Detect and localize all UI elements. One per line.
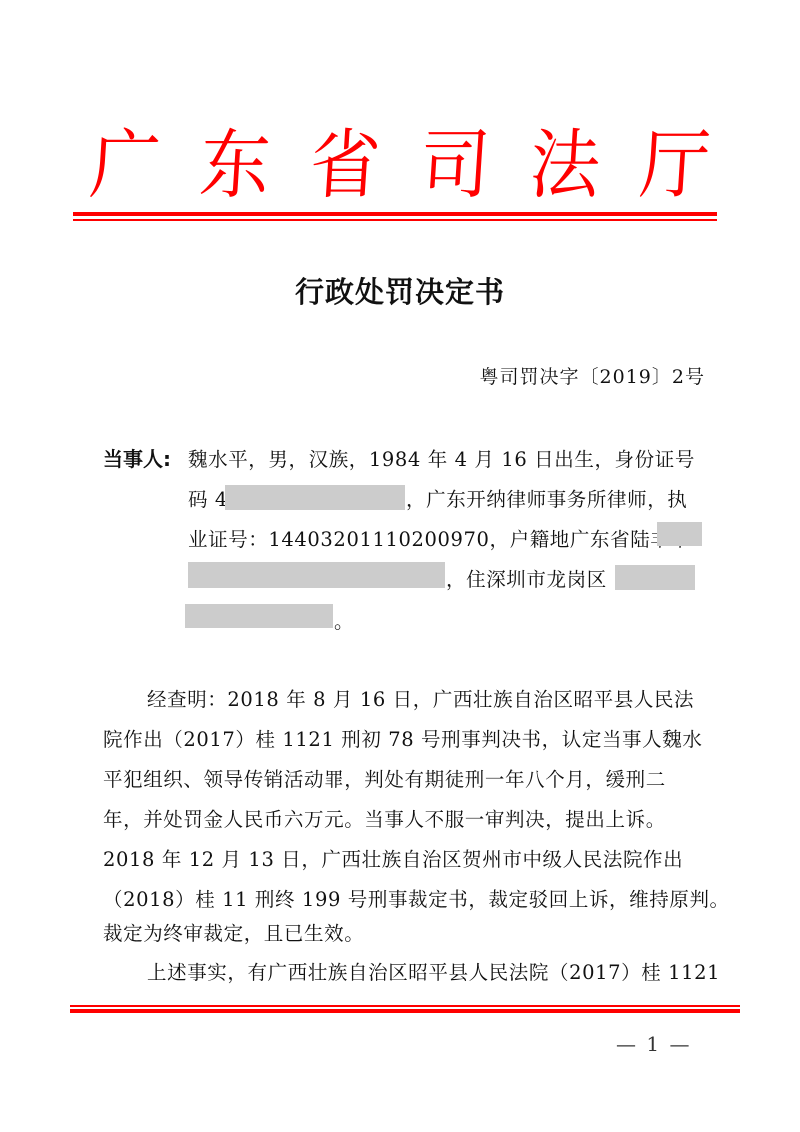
footer-red-rule-thin (70, 1005, 740, 1007)
party-line-2-start: 码 4 (188, 484, 228, 512)
redaction-box (225, 485, 405, 510)
party-line-3: 业证号：14403201110200970，户籍地广东省陆丰市 (188, 524, 691, 552)
masthead-char: 省 (307, 122, 383, 208)
party-line-2-end: ，广东开纳律师事务所律师，执 (406, 484, 687, 512)
redaction-box (185, 604, 333, 628)
facts-line-3: 平犯组织、领导传销活动罪，判处有期徒刑一年八个月，缓刑二 (103, 764, 666, 792)
header-red-rule-thin (73, 219, 717, 221)
facts-line-2: 院作出（2017）桂 1121 刑初 78 号刑事判决书，认定当事人魏水 (103, 724, 702, 752)
redaction-box (188, 562, 445, 588)
masthead-char: 广 (87, 122, 163, 208)
document-title: 行政处罚决定书 (0, 270, 800, 311)
document-number: 粤司罚决字〔2019〕2号 (480, 362, 705, 389)
masthead-char: 东 (197, 122, 273, 208)
masthead-char: 厅 (637, 122, 713, 208)
party-line-5: 。 (334, 606, 354, 634)
redaction-box (615, 565, 695, 590)
facts-line-7: 裁定为终审裁定，且已生效。 (103, 918, 364, 946)
facts-line-8: 上述事实，有广西壮族自治区昭平县人民法院（2017）桂 1121 (147, 957, 720, 985)
party-line-4: ，住深圳市龙岗区 (446, 564, 607, 592)
footer-red-rule-thick (70, 1009, 740, 1013)
masthead-char: 司 (417, 122, 493, 208)
party-label: 当事人: (103, 443, 171, 472)
party-line-1: 魏水平，男，汉族，1984 年 4 月 16 日出生，身份证号 (188, 444, 695, 472)
facts-line-1: 经查明：2018 年 8 月 16 日，广西壮族自治区昭平县人民法 (147, 684, 694, 712)
issuer-masthead: 广 东 省 司 法 厅 (90, 125, 710, 205)
document-page: 广 东 省 司 法 厅 行政处罚决定书 粤司罚决字〔2019〕2号 当事人: 魏… (0, 0, 800, 1132)
page-number: — 1 — (616, 1032, 691, 1056)
facts-line-6: （2018）桂 11 刑终 199 号刑事裁定书，裁定驳回上诉，维持原判。 (103, 884, 730, 912)
redaction-box (657, 522, 702, 546)
masthead-char: 法 (527, 122, 603, 208)
facts-line-4: 年，并处罚金人民币六万元。当事人不服一审判决，提出上诉。 (103, 804, 666, 832)
facts-line-5: 2018 年 12 月 13 日，广西壮族自治区贺州市中级人民法院作出 (103, 844, 683, 872)
header-red-rule-thick (73, 212, 717, 216)
